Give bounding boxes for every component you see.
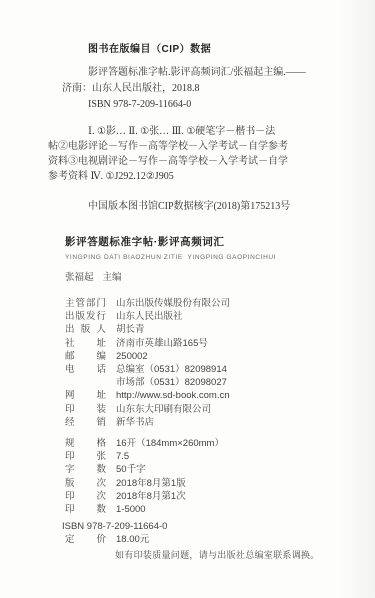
row-value: 1-5000 <box>116 504 146 515</box>
classification-line: 资料③电视剧评论－写作－高等学校－入学考试－自学 <box>48 154 365 169</box>
classification-line: 参考资料 Ⅳ. ①J292.12②J905 <box>48 169 365 184</box>
row-label: 网址 <box>65 389 106 402</box>
cip-entry-block: 影评答题标准字帖.影评高频词汇/张福起主编.—— 济南：山东人民出版社，2018… <box>62 65 365 113</box>
row-label: 印装 <box>65 403 106 416</box>
spec-row: 字数50千字 <box>65 463 365 476</box>
spec-row: 规格16开（184mm×260mm） <box>65 437 365 450</box>
colophon-row: 主管部门山东出版传媒股份有限公司 <box>65 297 365 310</box>
row-label: 经销 <box>65 416 106 429</box>
row-value: 市场部（0531）82098027 <box>116 377 227 388</box>
row-label: 印次 <box>65 490 106 503</box>
spec-row: 印数1-5000 <box>65 503 365 516</box>
colophon-row: 出版人胡长青 <box>65 323 365 336</box>
cip-record-number: 中国版本图书馆CIP数据核字(2018)第175213号 <box>88 197 365 212</box>
row-value: 山东人民出版社 <box>116 311 183 322</box>
row-value: 胡长青 <box>116 324 145 335</box>
price-row: 定价18.00元 <box>65 533 365 546</box>
row-value: http://www.sd-book.com.cn <box>116 390 230 401</box>
price-value: 18.00元 <box>116 534 149 545</box>
row-label: 印数 <box>65 503 106 516</box>
row-value: 7.5 <box>116 451 129 462</box>
cip-isbn-line: ISBN 978-7-209-11664-0 <box>88 97 365 113</box>
row-value: 50千字 <box>116 464 146 475</box>
row-label: 版次 <box>65 477 106 490</box>
spec-row: 版次2018年8月第1版 <box>65 477 365 490</box>
row-value: 250002 <box>116 351 148 362</box>
colophon-row: 社址济南市英雄山路165号 <box>65 337 365 350</box>
row-label: 邮编 <box>65 350 106 363</box>
cip-data-header: 图书在版编目（CIP）数据 <box>88 40 365 55</box>
row-value: 山东出版传媒股份有限公司 <box>116 298 230 309</box>
publisher-info-block: 主管部门山东出版传媒股份有限公司 出版发行山东人民出版社 出版人胡长青 社址济南… <box>65 297 365 429</box>
row-label: 主管部门 <box>65 297 106 310</box>
editor-name: 张福起 <box>65 272 94 283</box>
editor-line: 张福起主编 <box>65 269 365 283</box>
row-label: 印张 <box>65 450 106 463</box>
price-block: 定价18.00元 <box>65 533 365 546</box>
row-label: 出版发行 <box>65 310 106 323</box>
cip-entry-line: 济南：山东人民出版社，2018.8 <box>62 81 365 97</box>
colophon-row: 网址http://www.sd-book.com.cn <box>65 389 365 402</box>
classification-line: 帖②电影评论－写作－高等学校－入学考试－自学参考 <box>48 139 365 154</box>
cip-colophon-page: 图书在版编目（CIP）数据 影评答题标准字帖.影评高频词汇/张福起主编.—— 济… <box>0 0 375 598</box>
spec-row: 印张7.5 <box>65 450 365 463</box>
row-value: 济南市英雄山路165号 <box>116 338 208 349</box>
colophon-row: 市场部（0531）82098027 <box>65 376 365 389</box>
classification-line: Ⅰ. ①影… Ⅱ. ①张… Ⅲ. ①硬笔字－楷书－法 <box>88 124 365 139</box>
book-title-pinyin: YINGPING DATI BIAOZHUN ZITIE YINGPING GA… <box>65 254 365 261</box>
editor-role: 主编 <box>103 272 122 283</box>
row-value: 山东东大印刷有限公司 <box>116 404 211 415</box>
print-spec-block: 规格16开（184mm×260mm） 印张7.5 字数50千字 版次2018年8… <box>65 437 365 516</box>
quality-note: 如有印装质量问题，请与出版社总编室联系调换。 <box>115 548 365 561</box>
row-value: 新华书店 <box>116 417 154 428</box>
row-value: 16开（184mm×260mm） <box>116 438 224 449</box>
cip-entry-line: 影评答题标准字帖.影评高频词汇/张福起主编.—— <box>88 65 365 81</box>
row-label: 字数 <box>65 463 106 476</box>
row-label: 规格 <box>65 437 106 450</box>
row-label: 定价 <box>65 533 106 546</box>
colophon-row: 邮编250002 <box>65 350 365 363</box>
colophon-row: 电话总编室（0531）82098914 <box>65 363 365 376</box>
row-value: 总编室（0531）82098914 <box>116 364 227 375</box>
cip-classification-block: Ⅰ. ①影… Ⅱ. ①张… Ⅲ. ①硬笔字－楷书－法 帖②电影评论－写作－高等学… <box>48 124 365 184</box>
colophon-row: 出版发行山东人民出版社 <box>65 310 365 323</box>
isbn-line: ISBN 978-7-209-11664-0 <box>62 520 365 533</box>
row-label: 社址 <box>65 337 106 350</box>
book-title: 影评答题标准字帖·影评高频词汇 <box>65 234 365 249</box>
row-label: 出版人 <box>65 323 106 336</box>
row-value: 2018年8月第1次 <box>116 491 186 502</box>
colophon-row: 印装山东东大印刷有限公司 <box>65 403 365 416</box>
spec-row: 印次2018年8月第1次 <box>65 490 365 503</box>
row-value: 2018年8月第1版 <box>116 478 186 489</box>
row-label: 电话 <box>65 363 106 376</box>
title-block: 影评答题标准字帖·影评高频词汇 YINGPING DATI BIAOZHUN Z… <box>65 234 365 283</box>
colophon-row: 经销新华书店 <box>65 416 365 429</box>
